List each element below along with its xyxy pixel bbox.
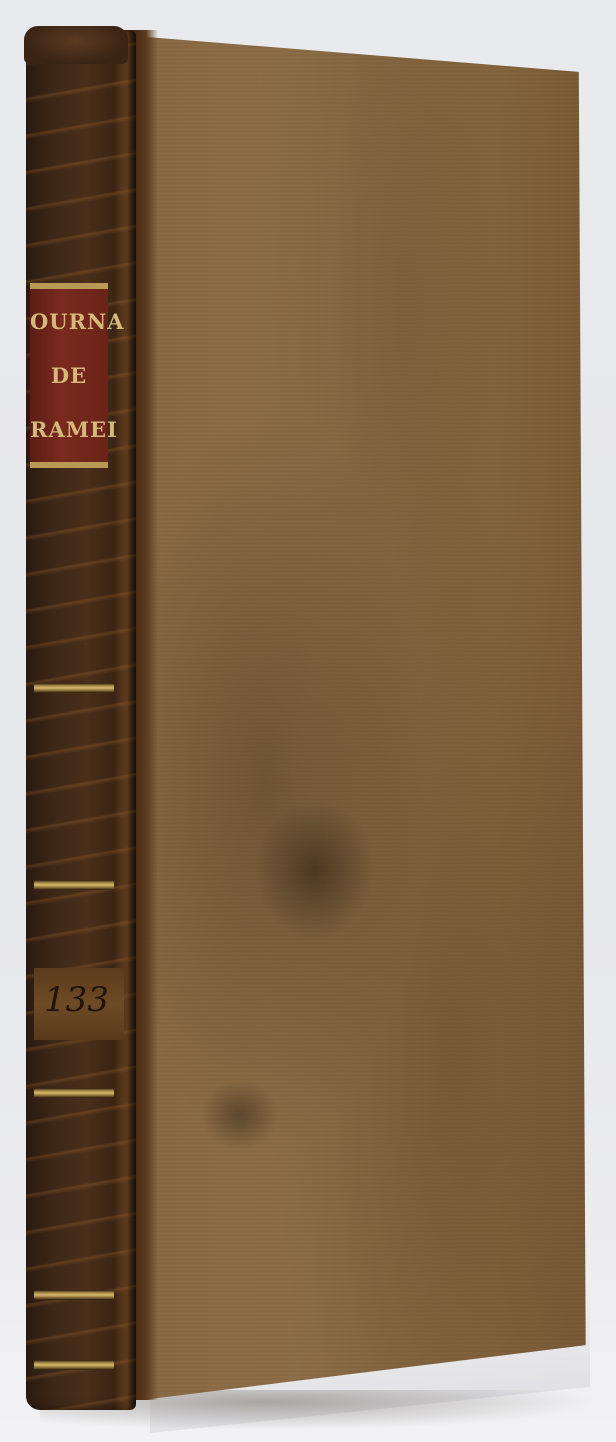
- spine-title-line-1: OURNA: [30, 309, 108, 334]
- spine-title-line-2: DE: [30, 363, 108, 388]
- spine-headcap: [24, 26, 128, 64]
- book-photo: OURNA DE RAMEI 133: [0, 0, 616, 1442]
- spine-gilt-band: [34, 1290, 114, 1300]
- spine-gilt-band: [34, 1360, 114, 1370]
- shelf-number-tag: 133: [34, 968, 124, 1040]
- book-spine: [26, 30, 136, 1410]
- spine-title-line-3: RAMEI: [30, 417, 108, 442]
- spine-gilt-band: [34, 1088, 114, 1098]
- cover-stain: [255, 800, 375, 940]
- cover-stain: [200, 1080, 280, 1150]
- spine-title-label: OURNA DE RAMEI: [30, 283, 108, 468]
- spine-gilt-band: [34, 683, 114, 693]
- spine-gilt-band: [34, 880, 114, 890]
- shelf-number: 133: [44, 980, 109, 1020]
- front-cover: [128, 28, 588, 1400]
